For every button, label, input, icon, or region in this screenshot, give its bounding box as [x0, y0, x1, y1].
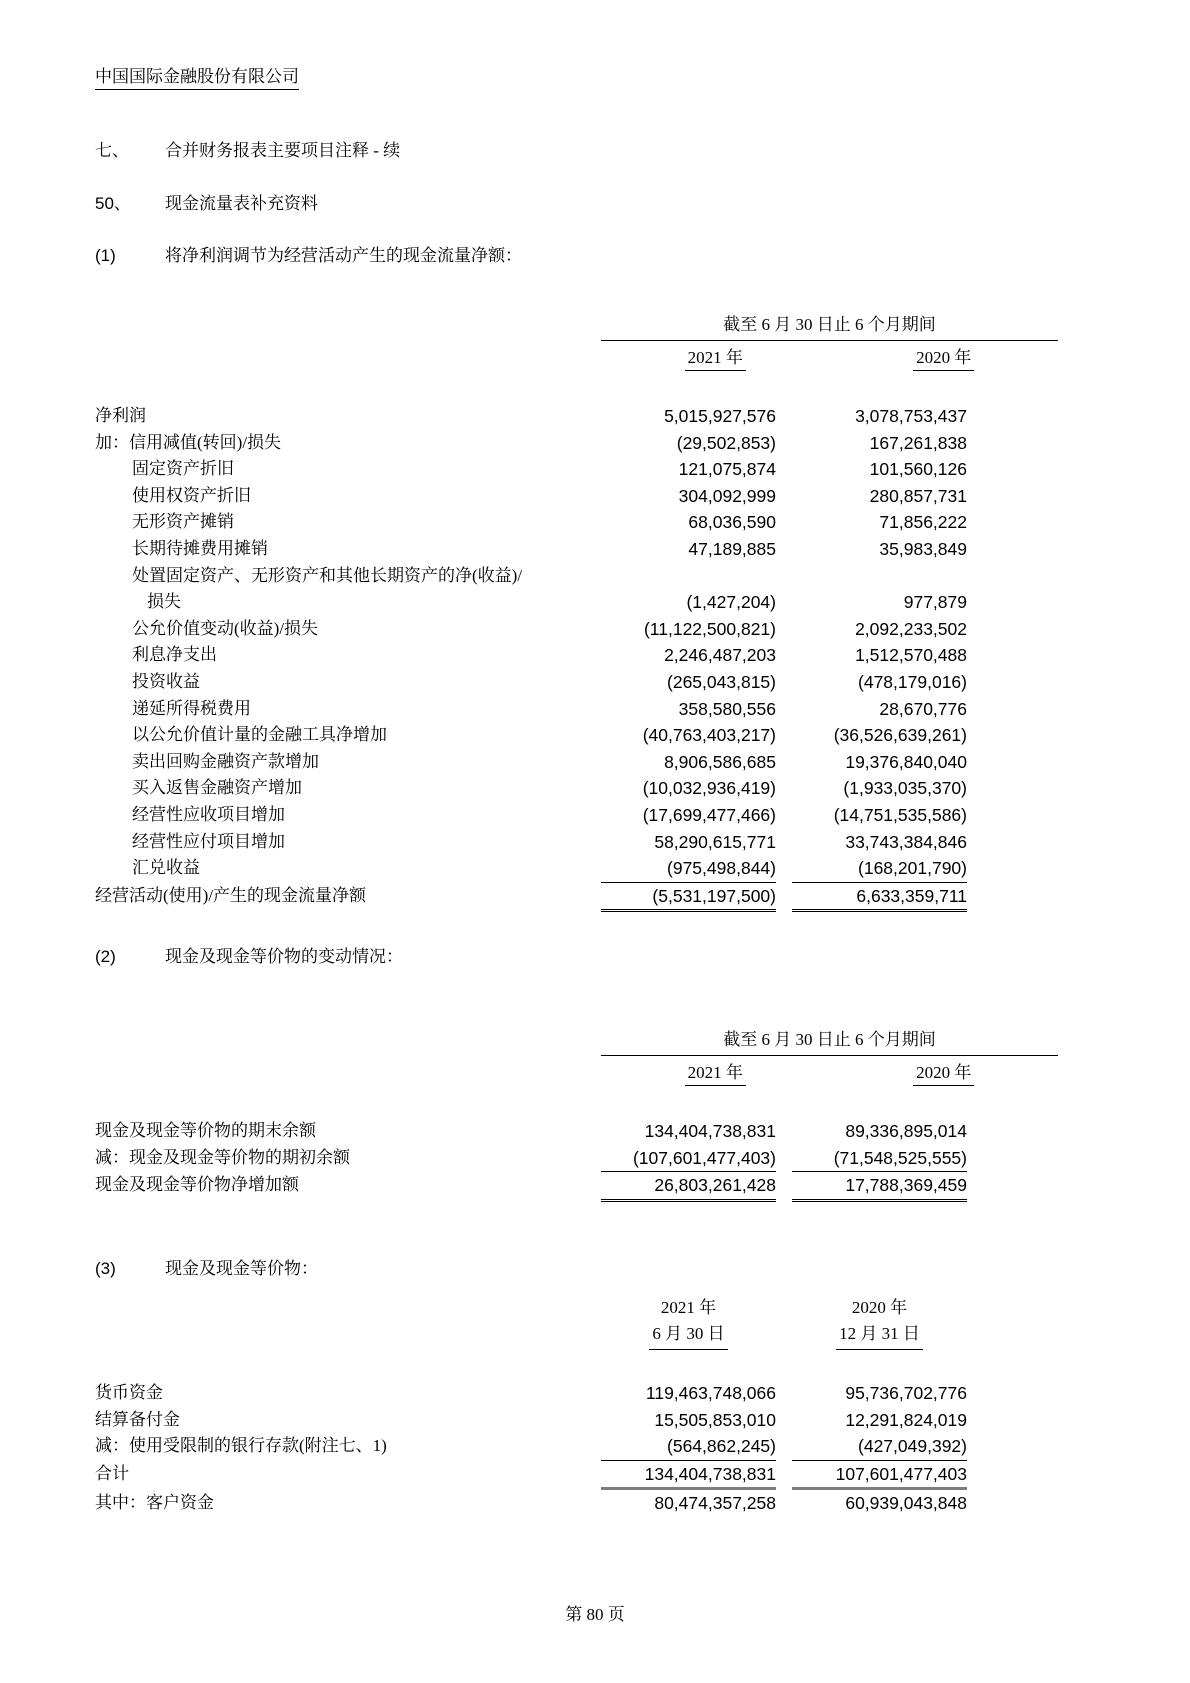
table-row: 净利润5,015,927,5763,078,753,437	[95, 403, 1058, 430]
item-1-number: (1)	[95, 246, 165, 266]
table-row: 处置固定资产、无形资产和其他长期资产的净(收益)/	[95, 563, 1058, 590]
row-spacer	[983, 669, 1058, 696]
table-row: 经营性应付项目增加58,290,615,77133,743,384,846	[95, 829, 1058, 856]
value-2020: 60,939,043,848	[792, 1490, 967, 1517]
row-label: 减：现金及现金等价物的期初余额	[95, 1145, 585, 1173]
row-spacer	[983, 829, 1058, 856]
row-spacer	[983, 536, 1058, 563]
row-spacer	[983, 430, 1058, 457]
table-row: 其中：客户资金80,474,357,25860,939,043,848	[95, 1490, 1058, 1517]
row-spacer	[983, 1461, 1058, 1491]
value-2020: (1,933,035,370)	[792, 775, 967, 802]
value-2020: 101,560,126	[792, 456, 967, 483]
table-row: 递延所得税费用358,580,55628,670,776	[95, 696, 1058, 723]
value-2020: 280,857,731	[792, 483, 967, 510]
value-2021: 2,246,487,203	[601, 642, 776, 669]
row-spacer	[983, 1118, 1058, 1145]
table-2-period-header: 截至 6 月 30 日止 6 个月期间	[601, 1029, 1058, 1056]
page-number: 第 80 页	[0, 1600, 1190, 1625]
table-row: 加：信用减值(转回)/损失(29,502,853)167,261,838	[95, 430, 1058, 457]
value-2020	[792, 563, 967, 590]
item-3-heading: (3) 现金及现金等价物：	[95, 1254, 1190, 1279]
table-2-col-2020: 2020 年	[830, 1056, 1059, 1086]
row-label: 加：信用减值(转回)/损失	[95, 430, 585, 457]
item-2-number: (2)	[95, 947, 165, 967]
row-spacer	[983, 589, 1058, 616]
table-row: 长期待摊费用摊销47,189,88535,983,849	[95, 536, 1058, 563]
table-3-col-2020: 2020 年 12 月 31 日	[792, 1295, 967, 1350]
row-label: 现金及现金等价物净增加额	[95, 1172, 585, 1202]
row-spacer	[983, 855, 1058, 883]
table-row: 经营性应收项目增加(17,699,477,466)(14,751,535,586…	[95, 802, 1058, 829]
table-3-col-2021: 2021 年 6 月 30 日	[601, 1295, 776, 1350]
document-page: 中国国际金融股份有限公司 七、 合并财务报表主要项目注释 - 续 50、 现金流…	[0, 0, 1190, 1517]
value-2020: 3,078,753,437	[792, 403, 967, 430]
value-2020: (168,201,790)	[792, 855, 967, 883]
row-spacer	[983, 696, 1058, 723]
value-2020: 19,376,840,040	[792, 749, 967, 776]
value-2021: (11,122,500,821)	[601, 616, 776, 643]
value-2021: (975,498,844)	[601, 855, 776, 883]
value-2020: 167,261,838	[792, 430, 967, 457]
row-label: 净利润	[95, 403, 585, 430]
row-spacer	[983, 563, 1058, 590]
table-row: 以公允价值计量的金融工具净增加(40,763,403,217)(36,526,6…	[95, 722, 1058, 749]
note-heading-number: 50、	[95, 189, 165, 214]
value-2020: (71,548,525,555)	[792, 1145, 967, 1173]
value-2021: 358,580,556	[601, 696, 776, 723]
row-label: 利息净支出	[95, 642, 585, 669]
table-3-header: 2021 年 6 月 30 日 2020 年 12 月 31 日	[95, 1295, 1058, 1350]
row-label: 货币资金	[95, 1380, 585, 1407]
value-2020: (14,751,535,586)	[792, 802, 967, 829]
value-2020: 2,092,233,502	[792, 616, 967, 643]
value-2021: 15,505,853,010	[601, 1407, 776, 1434]
table-row: 利息净支出2,246,487,2031,512,570,488	[95, 642, 1058, 669]
table-row: 损失(1,427,204)977,879	[95, 589, 1058, 616]
table-row: 货币资金119,463,748,06695,736,702,776	[95, 1380, 1058, 1407]
value-2021: (29,502,853)	[601, 430, 776, 457]
table-row: 投资收益(265,043,815)(478,179,016)	[95, 669, 1058, 696]
company-name: 中国国际金融股份有限公司	[95, 62, 299, 90]
row-label: 长期待摊费用摊销	[95, 536, 585, 563]
table-row: 固定资产折旧121,075,874101,560,126	[95, 456, 1058, 483]
row-label: 减：使用受限制的银行存款(附注七、1)	[95, 1433, 585, 1461]
table-row: 现金及现金等价物的期末余额134,404,738,83189,336,895,0…	[95, 1118, 1058, 1145]
value-2021: 134,404,738,831	[601, 1118, 776, 1145]
row-label: 卖出回购金融资产款增加	[95, 749, 585, 776]
table-2-year-headers: 2021 年 2020 年	[601, 1056, 1058, 1086]
row-label: 经营活动(使用)/产生的现金流量净额	[95, 883, 585, 913]
value-2021: (10,032,936,419)	[601, 775, 776, 802]
value-2020: 89,336,895,014	[792, 1118, 967, 1145]
table-row: 无形资产摊销68,036,59071,856,222	[95, 509, 1058, 536]
value-2021: 47,189,885	[601, 536, 776, 563]
value-2021: 134,404,738,831	[601, 1461, 776, 1491]
value-2021: 8,906,586,685	[601, 749, 776, 776]
table-2-header: 截至 6 月 30 日止 6 个月期间 2021 年 2020 年	[601, 1029, 1058, 1086]
table-1-header: 截至 6 月 30 日止 6 个月期间 2021 年 2020 年	[601, 314, 1058, 371]
row-spacer	[983, 749, 1058, 776]
row-label: 现金及现金等价物的期末余额	[95, 1118, 585, 1145]
value-2021: 58,290,615,771	[601, 829, 776, 856]
row-spacer	[983, 775, 1058, 802]
row-label: 处置固定资产、无形资产和其他长期资产的净(收益)/	[95, 563, 585, 590]
value-2020: (478,179,016)	[792, 669, 967, 696]
row-spacer	[983, 1407, 1058, 1434]
value-2020: 33,743,384,846	[792, 829, 967, 856]
table-2-col-2021: 2021 年	[601, 1056, 830, 1086]
item-1-title: 将净利润调节为经营活动产生的现金流量净额：	[165, 241, 1190, 266]
row-spacer	[983, 722, 1058, 749]
table-1-period-header: 截至 6 月 30 日止 6 个月期间	[601, 314, 1058, 341]
row-label: 以公允价值计量的金融工具净增加	[95, 722, 585, 749]
value-2021: (5,531,197,500)	[601, 883, 776, 913]
table-2: 截至 6 月 30 日止 6 个月期间 2021 年 2020 年 现金及现金等…	[95, 1029, 1058, 1202]
value-2021: (1,427,204)	[601, 589, 776, 616]
value-2021	[601, 563, 776, 590]
value-2020: 12,291,824,019	[792, 1407, 967, 1434]
row-label: 公允价值变动(收益)/损失	[95, 616, 585, 643]
row-spacer	[983, 1380, 1058, 1407]
value-2020: 107,601,477,403	[792, 1461, 967, 1491]
section-heading-title: 合并财务报表主要项目注释 - 续	[165, 136, 1190, 161]
value-2020: 95,736,702,776	[792, 1380, 967, 1407]
table-2-rows: 现金及现金等价物的期末余额134,404,738,83189,336,895,0…	[95, 1118, 1058, 1202]
item-2-heading: (2) 现金及现金等价物的变动情况：	[95, 942, 1190, 967]
value-2021: 26,803,261,428	[601, 1172, 776, 1202]
table-row: 减：使用受限制的银行存款(附注七、1)(564,862,245)(427,049…	[95, 1433, 1058, 1461]
value-2021: (564,862,245)	[601, 1433, 776, 1461]
value-2021: (17,699,477,466)	[601, 802, 776, 829]
row-label: 使用权资产折旧	[95, 483, 585, 510]
row-spacer	[983, 483, 1058, 510]
table-row: 现金及现金等价物净增加额26,803,261,42817,788,369,459	[95, 1172, 1058, 1202]
table-1: 截至 6 月 30 日止 6 个月期间 2021 年 2020 年 净利润5,0…	[95, 314, 1058, 912]
item-3-title: 现金及现金等价物：	[165, 1254, 1190, 1279]
table-row: 公允价值变动(收益)/损失(11,122,500,821)2,092,233,5…	[95, 616, 1058, 643]
table-row: 汇兑收益(975,498,844)(168,201,790)	[95, 855, 1058, 883]
value-2020: (427,049,392)	[792, 1433, 967, 1461]
row-spacer	[983, 509, 1058, 536]
table-row: 合计134,404,738,831107,601,477,403	[95, 1461, 1058, 1491]
row-spacer	[983, 802, 1058, 829]
row-label: 固定资产折旧	[95, 456, 585, 483]
row-label: 投资收益	[95, 669, 585, 696]
row-spacer	[983, 403, 1058, 430]
row-label: 合计	[95, 1461, 585, 1491]
row-label: 递延所得税费用	[95, 696, 585, 723]
value-2020: 977,879	[792, 589, 967, 616]
row-spacer	[983, 1490, 1058, 1517]
table-row: 减：现金及现金等价物的期初余额(107,601,477,403)(71,548,…	[95, 1145, 1058, 1173]
table-row: 卖出回购金融资产款增加8,906,586,68519,376,840,040	[95, 749, 1058, 776]
row-spacer	[983, 1172, 1058, 1202]
section-heading: 七、 合并财务报表主要项目注释 - 续	[95, 136, 1190, 161]
row-spacer	[983, 642, 1058, 669]
item-2-title: 现金及现金等价物的变动情况：	[165, 942, 1190, 967]
row-spacer	[983, 1433, 1058, 1461]
table-1-year-headers: 2021 年 2020 年	[601, 341, 1058, 371]
value-2021: (265,043,815)	[601, 669, 776, 696]
value-2021: 121,075,874	[601, 456, 776, 483]
row-label: 买入返售金融资产增加	[95, 775, 585, 802]
table-1-col-2021: 2021 年	[601, 341, 830, 371]
value-2021: 68,036,590	[601, 509, 776, 536]
value-2020: 17,788,369,459	[792, 1172, 967, 1202]
note-heading-title: 现金流量表补充资料	[165, 189, 1190, 214]
row-label: 经营性应付项目增加	[95, 829, 585, 856]
row-spacer	[983, 883, 1058, 913]
table-1-col-2020: 2020 年	[830, 341, 1059, 371]
row-label: 无形资产摊销	[95, 509, 585, 536]
value-2020: 35,983,849	[792, 536, 967, 563]
value-2021: (40,763,403,217)	[601, 722, 776, 749]
value-2020: 28,670,776	[792, 696, 967, 723]
note-heading: 50、 现金流量表补充资料	[95, 189, 1190, 214]
value-2020: 1,512,570,488	[792, 642, 967, 669]
table-row: 经营活动(使用)/产生的现金流量净额(5,531,197,500)6,633,3…	[95, 883, 1058, 913]
table-row: 结算备付金15,505,853,01012,291,824,019	[95, 1407, 1058, 1434]
item-1-heading: (1) 将净利润调节为经营活动产生的现金流量净额：	[95, 241, 1190, 266]
value-2021: (107,601,477,403)	[601, 1145, 776, 1173]
value-2021: 5,015,927,576	[601, 403, 776, 430]
row-label: 经营性应收项目增加	[95, 802, 585, 829]
section-heading-number: 七、	[95, 136, 165, 161]
row-spacer	[983, 1145, 1058, 1173]
row-label: 结算备付金	[95, 1407, 585, 1434]
value-2021: 80,474,357,258	[601, 1490, 776, 1517]
table-1-rows: 净利润5,015,927,5763,078,753,437加：信用减值(转回)/…	[95, 403, 1058, 912]
table-row: 使用权资产折旧304,092,999280,857,731	[95, 483, 1058, 510]
item-3-number: (3)	[95, 1259, 165, 1279]
row-label: 损失	[95, 589, 585, 616]
row-label: 汇兑收益	[95, 855, 585, 883]
value-2021: 119,463,748,066	[601, 1380, 776, 1407]
row-label: 其中：客户资金	[95, 1490, 585, 1517]
table-3: 2021 年 6 月 30 日 2020 年 12 月 31 日 货币资金119…	[95, 1295, 1058, 1517]
row-spacer	[983, 456, 1058, 483]
table-row: 买入返售金融资产增加(10,032,936,419)(1,933,035,370…	[95, 775, 1058, 802]
row-spacer	[983, 616, 1058, 643]
table-3-rows: 货币资金119,463,748,06695,736,702,776结算备付金15…	[95, 1380, 1058, 1517]
value-2020: 71,856,222	[792, 509, 967, 536]
company-name-wrap: 中国国际金融股份有限公司	[95, 62, 1190, 90]
value-2020: (36,526,639,261)	[792, 722, 967, 749]
value-2021: 304,092,999	[601, 483, 776, 510]
value-2020: 6,633,359,711	[792, 883, 967, 913]
